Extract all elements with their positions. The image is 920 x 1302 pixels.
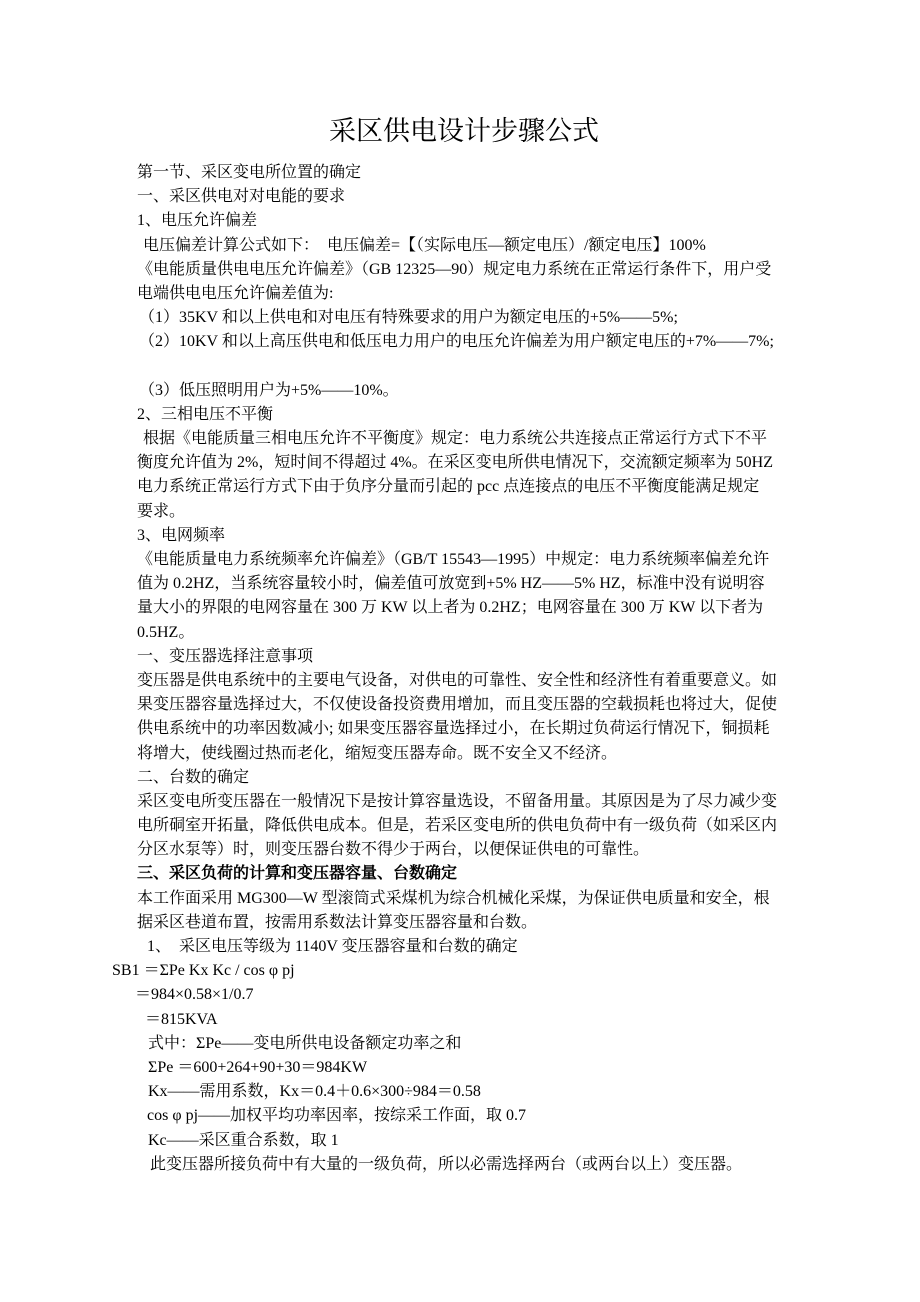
- document-title: 采区供电设计步骤公式: [112, 114, 816, 148]
- paragraph-line: 0.5HZ。: [112, 621, 842, 645]
- paragraph-line: 供电系统中的功率因数减小; 如果变压器容量选择过小，在长期过负荷运行情况下，铜损…: [112, 717, 842, 741]
- paragraph-line: 电所硐室开拓量，降低供电成本。但是，若采区变电所的供电负荷中有一级负荷（如采区内: [112, 814, 842, 838]
- paragraph-line: 《电能质量电力系统频率允许偏差》（GB/T 15543—1995）中规定：电力系…: [112, 548, 842, 572]
- list-item: （3）低压照明用户为+5%——10%。: [112, 379, 842, 403]
- subsection-heading-bold: 三、采区负荷的计算和变压器容量、台数确定: [112, 862, 842, 886]
- formula-legend-line: 式中：ΣPe——变电所供电设备额定功率之和: [112, 1032, 842, 1056]
- paragraph-line: 要求。: [112, 500, 842, 524]
- paragraph-line: 分区水泵等）时，则变压器台数不得少于两台，以便保证供电的可靠性。: [112, 838, 842, 862]
- subsection-heading: 二、台数的确定: [112, 766, 842, 790]
- list-item: （2）10KV 和以上高压供电和低压电力用户的电压允许偏差为用户额定电压的+7%…: [112, 330, 842, 354]
- item-heading: 3、电网频率: [112, 524, 842, 548]
- item-heading: 1、电压允许偏差: [112, 209, 842, 233]
- paragraph-line: 根据《电能质量三相电压允许不平衡度》规定：电力系统公共连接点正常运行方式下不平: [112, 427, 842, 451]
- blank-line: [112, 355, 842, 379]
- formula-legend-line: Kc——采区重合系数，取 1: [112, 1129, 842, 1153]
- paragraph-line: 电力系统正常运行方式下由于负序分量而引起的 pcc 点连接点的电压不平衡度能满足…: [112, 475, 842, 499]
- paragraph-line: 量大小的界限的电网容量在 300 万 KW 以上者为 0.2HZ；电网容量在 3…: [112, 596, 842, 620]
- formula-legend-line: cos φ pj——加权平均功率因率，按综采工作面，取 0.7: [112, 1104, 842, 1128]
- subsection-heading: 一、采区供电对对电能的要求: [112, 185, 842, 209]
- paragraph-line: 将增大，使线圈过热而老化，缩短变压器寿命。既不安全又不经济。: [112, 742, 842, 766]
- formula-legend-line: ΣPe ＝600+264+90+30＝984KW: [112, 1056, 842, 1080]
- paragraph-line: 变压器是供电系统中的主要电气设备，对供电的可靠性、安全性和经济性有着重要意义。如: [112, 669, 842, 693]
- paragraph-line: 据采区巷道布置，按需用系数法计算变压器容量和台数。: [112, 911, 842, 935]
- formula-line: ＝984×0.58×1/0.7: [112, 983, 842, 1007]
- paragraph-line: 本工作面采用 MG300—W 型滚筒式采煤机为综合机械化采煤，为保证供电质量和安…: [112, 887, 842, 911]
- paragraph-line: 值为 0.2HZ，当系统容量较小时，偏差值可放宽到+5% HZ——5% HZ，标…: [112, 572, 842, 596]
- paragraph-line: 果变压器容量选择过大，不仅使设备投资费用增加，而且变压器的空载损耗也将过大，促使: [112, 693, 842, 717]
- section-heading: 第一节、采区变电所位置的确定: [112, 161, 842, 185]
- paragraph-line: 衡度允许值为 2%，短时间不得超过 4%。在采区变电所供电情况下，交流额定频率为…: [112, 451, 842, 475]
- subsection-heading: 一、变压器选择注意事项: [112, 645, 842, 669]
- formula-legend-line: Kx——需用系数，Kx＝0.4＋0.6×300÷984＝0.58: [112, 1080, 842, 1104]
- item-heading: 2、三相电压不平衡: [112, 403, 842, 427]
- paragraph-line: 采区变电所变压器在一般情况下是按计算容量选设，不留备用量。其原因是为了尽力减少变: [112, 790, 842, 814]
- paragraph-line: 此变压器所接负荷中有大量的一级负荷，所以必需选择两台（或两台以上）变压器。: [112, 1153, 842, 1177]
- numbered-item: 1、 采区电压等级为 1140V 变压器容量和台数的确定: [112, 935, 842, 959]
- document-page: 采区供电设计步骤公式 第一节、采区变电所位置的确定 一、采区供电对对电能的要求 …: [0, 0, 920, 1302]
- list-item: （1）35KV 和以上供电和对电压有特殊要求的用户为额定电压的+5%——5%;: [112, 306, 842, 330]
- paragraph-line: 《电能质量供电电压允许偏差》（GB 12325—90）规定电力系统在正常运行条件…: [112, 258, 842, 282]
- formula-line: SB1 ＝ΣPe Kx Kc / cos φ pj: [112, 959, 842, 983]
- formula-line: ＝815KVA: [112, 1008, 842, 1032]
- paragraph-line: 电压偏差计算公式如下： 电压偏差=【（实际电压—额定电压）/额定电压】100%: [112, 234, 842, 258]
- paragraph-line: 电端供电电压允许偏差值为:: [112, 282, 842, 306]
- document-body: 第一节、采区变电所位置的确定 一、采区供电对对电能的要求 1、电压允许偏差 电压…: [112, 161, 842, 1177]
